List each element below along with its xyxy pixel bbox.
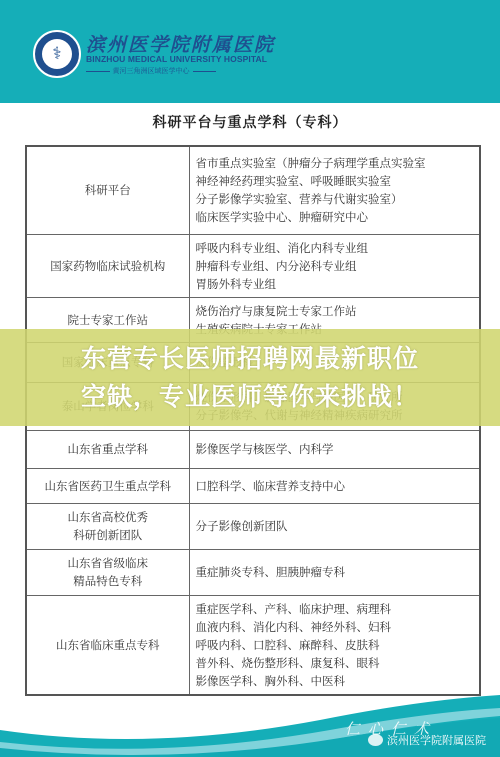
row-item: 胃肠外科专业组 [196, 275, 474, 293]
row-category-line: 科研创新团队 [31, 526, 185, 544]
row-category-line: 山东省省级临床 [31, 554, 185, 572]
row-category-line: 精品特色专科 [31, 572, 185, 590]
table-row: 山东省省级临床 精品特色专科 重症肺炎专科、胆胰肿瘤专科 [26, 549, 480, 595]
row-item: 肿瘤科专业组、内分泌科专业组 [196, 257, 474, 275]
row-item: 分子影像创新团队 [196, 517, 474, 535]
divider [86, 71, 110, 72]
row-item: 呼吸内科专业组、消化内科专业组 [196, 239, 474, 257]
row-category: 科研平台 [26, 146, 189, 234]
footer-brand: 滨州医学院附属医院 [368, 732, 486, 748]
hospital-logo: ⚕ [33, 30, 81, 78]
row-item: 呼吸内科、口腔科、麻醉科、皮肤科 [196, 636, 474, 654]
footer-brand-name: 滨州医学院附属医院 [387, 732, 486, 748]
row-item: 分子影像学实验室、营养与代谢实验室） [196, 190, 474, 208]
wechat-icon [368, 734, 383, 746]
headline-overlay-banner: 东营专长医师招聘网最新职位 空缺，专业医师等你来挑战！ [0, 329, 500, 426]
row-item: 临床医学实验中心、肿瘤研究中心 [196, 208, 474, 226]
row-items: 重症肺炎专科、胆胰肿瘤专科 [189, 549, 480, 595]
table-row: 山东省高校优秀 科研创新团队 分子影像创新团队 [26, 503, 480, 549]
row-category: 山东省重点学科 [26, 430, 189, 468]
footer-wave: 仁心仁术 滨州医学院附属医院 [0, 690, 500, 757]
row-item: 烧伤治疗与康复院士专家工作站 [196, 302, 474, 320]
row-item: 口腔科学、临床营养支持中心 [196, 477, 474, 495]
hospital-name-en: BINZHOU MEDICAL UNIVERSITY HOSPITAL [86, 54, 267, 64]
logo-emblem-icon: ⚕ [33, 30, 81, 78]
hospital-subtitle: 黄河三角洲区域医学中心 [113, 66, 190, 76]
row-item: 血液内科、消化内科、神经外科、妇科 [196, 618, 474, 636]
row-item: 省市重点实验室（肿瘤分子病理学重点实验室 [196, 154, 474, 172]
hospital-name-cn: 滨州医学院附属医院 [86, 30, 275, 57]
caduceus-icon: ⚕ [42, 39, 72, 69]
table-row: 山东省重点学科 影像医学与核医学、内科学 [26, 430, 480, 468]
table-row: 山东省临床重点专科 重症医学科、产科、临床护理、病理科 血液内科、消化内科、神经… [26, 595, 480, 695]
row-category: 山东省省级临床 精品特色专科 [26, 549, 189, 595]
table-row: 国家药物临床试验机构 呼吸内科专业组、消化内科专业组 肿瘤科专业组、内分泌科专业… [26, 234, 480, 297]
row-items: 重症医学科、产科、临床护理、病理科 血液内科、消化内科、神经外科、妇科 呼吸内科… [189, 595, 480, 695]
row-category-line: 山东省高校优秀 [31, 508, 185, 526]
row-items: 影像医学与核医学、内科学 [189, 430, 480, 468]
row-item: 重症肺炎专科、胆胰肿瘤专科 [196, 563, 474, 581]
document-title: 科研平台与重点学科（专科） [0, 112, 500, 132]
row-items: 呼吸内科专业组、消化内科专业组 肿瘤科专业组、内分泌科专业组 胃肠外科专业组 [189, 234, 480, 297]
hospital-subtitle-wrap: 黄河三角洲区域医学中心 [86, 66, 216, 76]
row-category: 山东省高校优秀 科研创新团队 [26, 503, 189, 549]
table-row: 科研平台 省市重点实验室（肿瘤分子病理学重点实验室 神经神经药理实验室、呼吸睡眠… [26, 146, 480, 234]
row-category: 国家药物临床试验机构 [26, 234, 189, 297]
row-items: 省市重点实验室（肿瘤分子病理学重点实验室 神经神经药理实验室、呼吸睡眠实验室 分… [189, 146, 480, 234]
row-item: 神经神经药理实验室、呼吸睡眠实验室 [196, 172, 474, 190]
row-item: 重症医学科、产科、临床护理、病理科 [196, 600, 474, 618]
headline-line-2: 空缺，专业医师等你来挑战！ [81, 378, 419, 416]
row-item: 影像医学与核医学、内科学 [196, 440, 474, 458]
row-items: 分子影像创新团队 [189, 503, 480, 549]
row-item: 普外科、烧伤整形科、康复科、眼科 [196, 654, 474, 672]
divider [193, 71, 217, 72]
table-row: 山东省医药卫生重点学科 口腔科学、临床营养支持中心 [26, 468, 480, 503]
row-category: 山东省医药卫生重点学科 [26, 468, 189, 503]
hospital-header: ⚕ 滨州医学院附属医院 BINZHOU MEDICAL UNIVERSITY H… [0, 0, 500, 103]
row-category: 山东省临床重点专科 [26, 595, 189, 695]
headline-line-1: 东营专长医师招聘网最新职位 [81, 340, 419, 378]
row-items: 口腔科学、临床营养支持中心 [189, 468, 480, 503]
row-item: 影像医学科、胸外科、中医科 [196, 672, 474, 690]
